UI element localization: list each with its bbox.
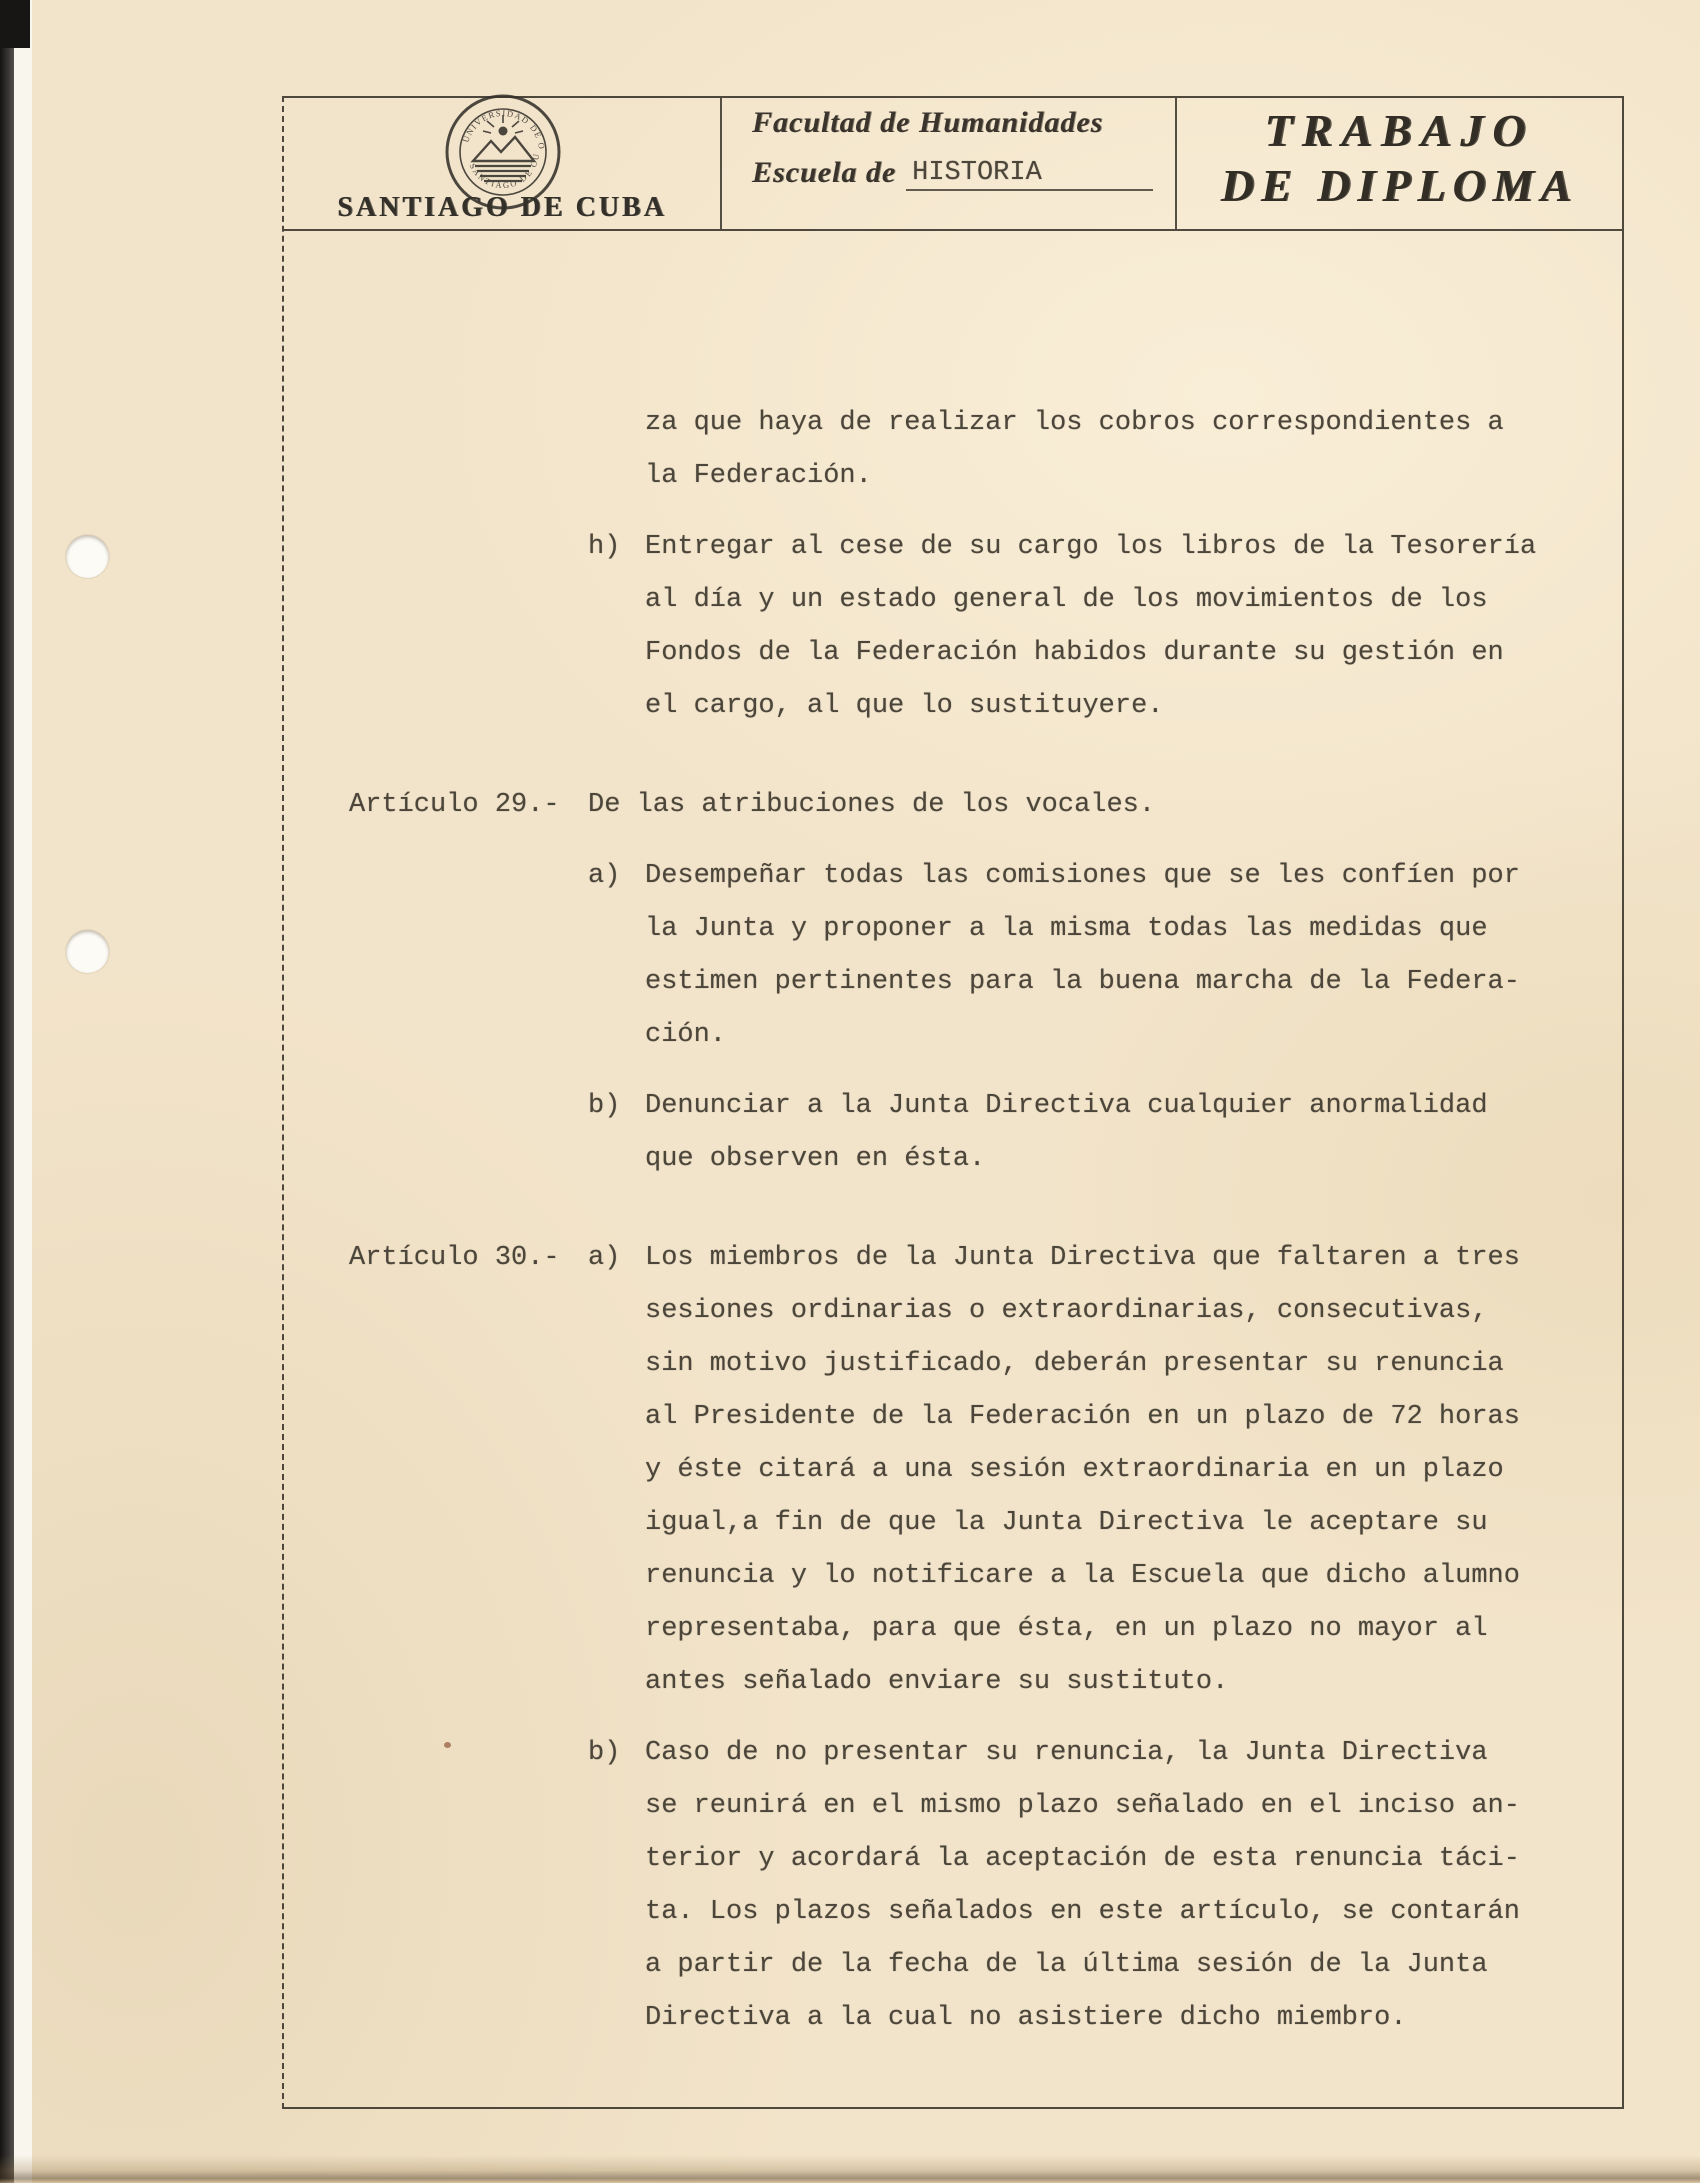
text-line: renuncia y lo notificare a la Escuela qu… <box>645 1550 1592 1603</box>
text-line: a partir de la fecha de la última sesión… <box>645 1939 1592 1992</box>
item-marker: b) <box>588 1727 645 1780</box>
hole-punch <box>66 535 109 578</box>
item-marker: a) <box>588 1232 645 1285</box>
institution-name: SANTIAGO DE CUBA <box>284 192 720 224</box>
item-lines: Entregar al cese de su cargo los libros … <box>645 521 1592 733</box>
faculty-label: Facultad de Humanidades <box>752 106 1175 140</box>
article-text: De las atribuciones de los vocales. <box>588 779 1155 832</box>
text-line: representaba, para que ésta, en un plazo… <box>645 1603 1592 1656</box>
text-line: ta. Los plazos señalados en este artícul… <box>645 1886 1592 1939</box>
text-line: Desempeñar todas las comisiones que se l… <box>645 850 1592 903</box>
scanner-corner-mark <box>0 0 30 48</box>
header-institution-cell: UNIVERSIDAD DE ORIENTE SANTIAGO DE CUBA … <box>284 98 720 229</box>
item-block: h)Entregar al cese de su cargo los libro… <box>349 521 1592 733</box>
item-marker: b) <box>588 1080 645 1133</box>
text-line: antes señalado enviare su sustituto. <box>645 1656 1592 1709</box>
document-header: UNIVERSIDAD DE ORIENTE SANTIAGO DE CUBA … <box>284 98 1622 231</box>
item-lines: za que haya de realizar los cobros corre… <box>645 397 1592 503</box>
text-line: al Presidente de la Federación en un pla… <box>645 1391 1592 1444</box>
text-line: Directiva a la cual no asistiere dicho m… <box>645 1992 1592 2045</box>
text-line: terior y acordará la aceptación de esta … <box>645 1833 1592 1886</box>
article-label: Artículo 30.- <box>349 1232 588 1285</box>
text-line: Denunciar a la Junta Directiva cualquier… <box>645 1080 1592 1133</box>
paper-backing-edge <box>14 0 32 2183</box>
text-line: sin motivo justificado, deberán presenta… <box>645 1338 1592 1391</box>
text-line: Los miembros de la Junta Directiva que f… <box>645 1232 1592 1285</box>
text-line: sesiones ordinarias o extraordinarias, c… <box>645 1285 1592 1338</box>
item-lines: Los miembros de la Junta Directiva que f… <box>645 1232 1592 1709</box>
item-lines: Caso de no presentar su renuncia, la Jun… <box>645 1727 1592 2045</box>
text-line: estimen pertinentes para la buena marcha… <box>645 956 1592 1009</box>
text-line: que observen en ésta. <box>645 1133 1592 1186</box>
text-line: la Junta y proponer a la misma todas las… <box>645 903 1592 956</box>
text-line: al día y un estado general de los movimi… <box>645 574 1592 627</box>
header-school-cell: Facultad de Humanidades Escuela de HISTO… <box>720 98 1175 229</box>
document-frame: UNIVERSIDAD DE ORIENTE SANTIAGO DE CUBA … <box>282 96 1624 2109</box>
article-block: Artículo 29.-De las atribuciones de los … <box>349 779 1592 832</box>
document-blocks: za que haya de realizar los cobros corre… <box>349 397 1592 2045</box>
text-line: la Federación. <box>645 450 1592 503</box>
doc-type-title-line1: TRABAJO <box>1177 104 1622 157</box>
text-line: Caso de no presentar su renuncia, la Jun… <box>645 1727 1592 1780</box>
item-block: za que haya de realizar los cobros corre… <box>349 397 1592 503</box>
article-block: Artículo 30.-a)Los miembros de la Junta … <box>349 1232 1592 1709</box>
item-lines: Denunciar a la Junta Directiva cualquier… <box>645 1080 1592 1186</box>
text-line: ción. <box>645 1009 1592 1062</box>
text-line: el cargo, al que lo sustituyere. <box>645 680 1592 733</box>
item-marker: h) <box>588 521 645 574</box>
text-line: y éste citará a una sesión extraordinari… <box>645 1444 1592 1497</box>
hole-punch <box>66 930 109 973</box>
item-marker: a) <box>588 850 645 903</box>
text-line: igual,a fin de que la Junta Directiva le… <box>645 1497 1592 1550</box>
school-name-field: HISTORIA <box>906 158 1153 191</box>
scanned-document-page: UNIVERSIDAD DE ORIENTE SANTIAGO DE CUBA … <box>0 0 1700 2183</box>
item-lines: Desempeñar todas las comisiones que se l… <box>645 850 1592 1062</box>
article-label: Artículo 29.- <box>349 779 588 832</box>
item-block: a)Desempeñar todas las comisiones que se… <box>349 850 1592 1062</box>
text-line: Fondos de la Federación habidos durante … <box>645 627 1592 680</box>
school-line: Escuela de HISTORIA <box>752 156 1175 194</box>
school-label: Escuela de <box>752 156 896 190</box>
text-line: za que haya de realizar los cobros corre… <box>645 397 1592 450</box>
scanner-edge-strip <box>0 0 14 2183</box>
document-body: za que haya de realizar los cobros corre… <box>284 233 1622 2107</box>
doc-type-title-line2: DE DIPLOMA <box>1177 159 1622 212</box>
paper-bottom-edge-shadow <box>0 2155 1700 2183</box>
text-line: se reunirá en el mismo plazo señalado en… <box>645 1780 1592 1833</box>
item-block: b)Caso de no presentar su renuncia, la J… <box>349 1727 1592 2045</box>
header-doctype-cell: TRABAJO DE DIPLOMA <box>1175 98 1622 229</box>
text-line: Entregar al cese de su cargo los libros … <box>645 521 1592 574</box>
item-block: b)Denunciar a la Junta Directiva cualqui… <box>349 1080 1592 1186</box>
